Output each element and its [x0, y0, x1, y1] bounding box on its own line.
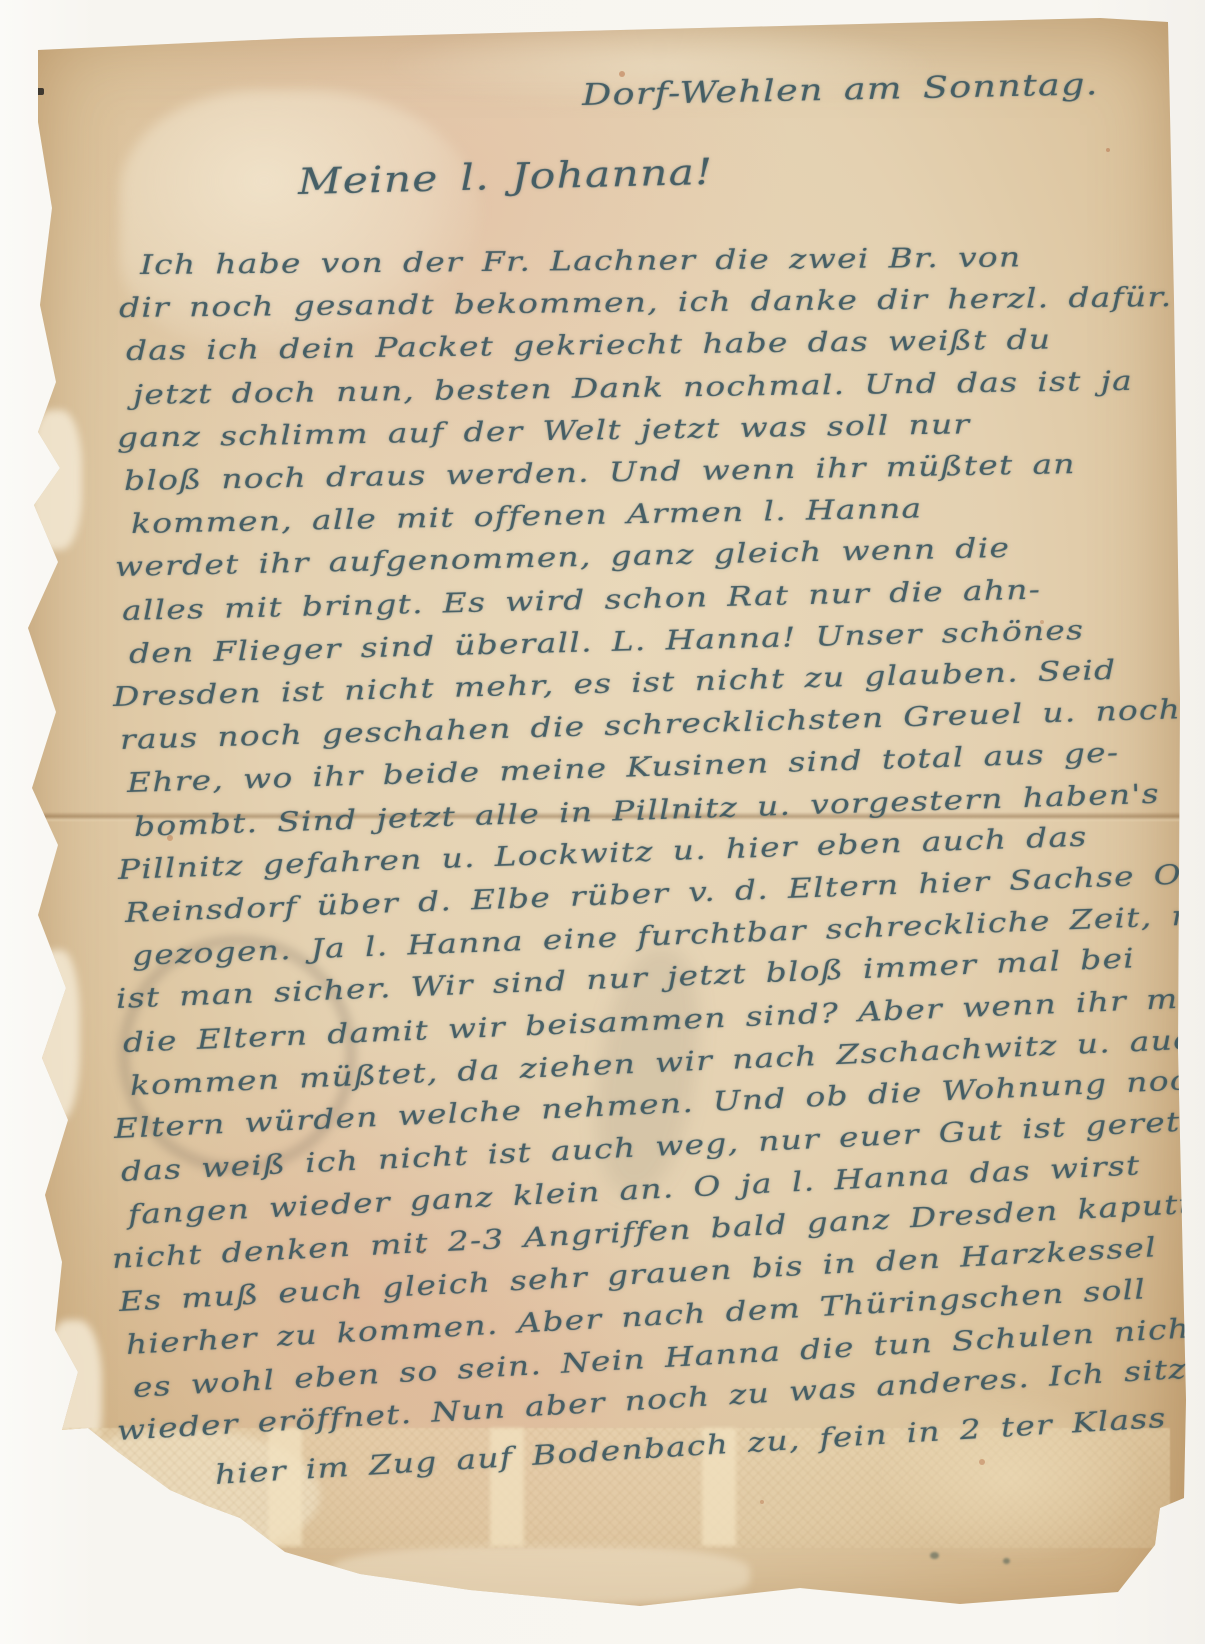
edge-ink-mark	[29, 88, 44, 95]
torn-edge-highlight	[34, 950, 80, 1120]
letter-scan: Dorf-Wehlen am Sonntag. Meine l. Johanna…	[0, 0, 1205, 1644]
handwriting-line: das ich dein Packet gekriecht habe das w…	[126, 327, 1052, 365]
stray-ink-dot	[1003, 1558, 1010, 1564]
torn-edge-highlight	[44, 1320, 102, 1470]
handwriting-line: kommen, alle mit offenen Armen l. Hanna	[131, 496, 923, 539]
letter-dateline: Dorf-Wehlen am Sonntag.	[582, 67, 1099, 113]
rust-speck	[0, 0, 4, 4]
paper-sheet: Dorf-Wehlen am Sonntag. Meine l. Johanna…	[0, 0, 1205, 1644]
letter-salutation: Meine l. Johanna!	[297, 152, 713, 203]
handwriting-line: dir noch gesandt bekommen, ich danke dir…	[119, 284, 1173, 322]
handwriting-line: ganz schlimm auf der Welt jetzt was soll…	[117, 411, 971, 452]
handwriting-line: Ich habe von der Fr. Lachner die zwei Br…	[140, 244, 1022, 279]
handwriting-line: alles mit bringt. Es wird schon Rat nur …	[122, 576, 1042, 624]
torn-edge-highlight	[30, 410, 82, 550]
torn-bottom-highlight	[330, 1545, 750, 1605]
stray-ink-dot	[930, 1552, 939, 1559]
handwriting-line: bloß noch draus werden. Und wenn ihr müß…	[124, 451, 1076, 495]
torn-corner-highlight	[90, 1430, 320, 1550]
handwriting-line: jetzt doch nun, besten Dank nochmal. Und…	[133, 367, 1133, 408]
handwriting-line: werdet ihr aufgenommen, ganz gleich wenn…	[115, 535, 1011, 581]
